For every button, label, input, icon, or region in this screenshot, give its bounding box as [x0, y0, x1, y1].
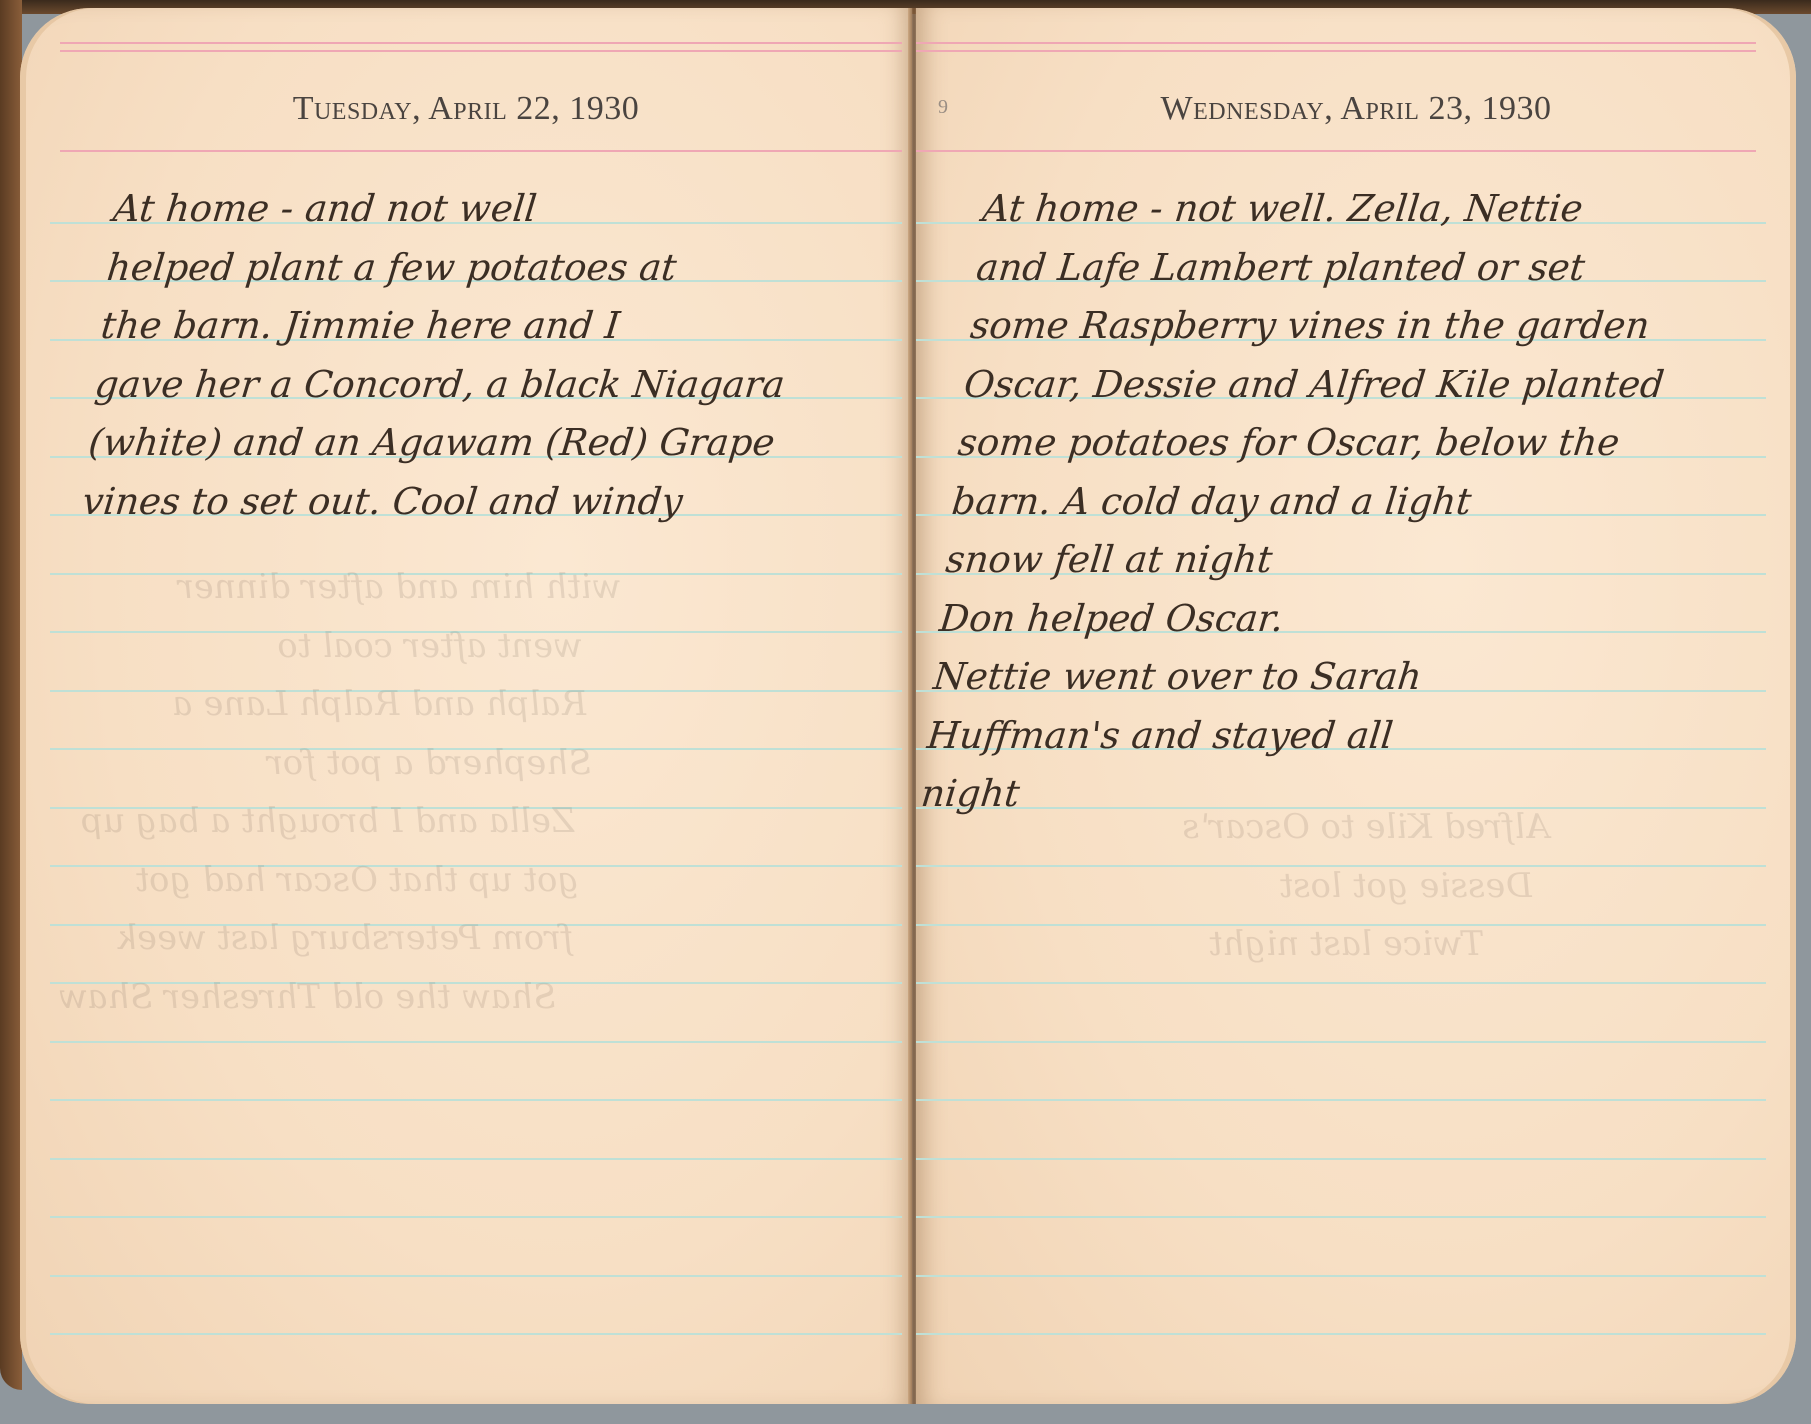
ruled-line — [50, 748, 902, 750]
diary-entry-right: At home - not well. Zella, Nettie and La… — [918, 180, 1796, 824]
ruled-line — [916, 865, 1766, 867]
handwritten-line: and Lafe Lambert planted or set — [974, 239, 1794, 298]
ruled-line — [916, 1216, 1766, 1218]
ruled-line — [50, 982, 902, 984]
ink-bleed-through: Alfred Kile to Oscar's Dessie got lost T… — [1167, 798, 1553, 974]
pink-header-rule — [916, 150, 1756, 152]
handwritten-line: Huffman's and stayed all — [924, 707, 1744, 766]
handwritten-line: At home - not well. Zella, Nettie — [980, 180, 1796, 239]
diary-page-left: Tuesday, April 22, 1930 with him and aft… — [20, 8, 912, 1404]
handwritten-line: helped plant a few potatoes at — [104, 239, 894, 298]
ruled-line — [50, 924, 902, 926]
ruled-line — [916, 982, 1766, 984]
ruled-line — [50, 1333, 902, 1335]
ruled-line — [50, 1158, 902, 1160]
ruled-line — [50, 865, 902, 867]
ruled-line — [916, 1158, 1766, 1160]
handwritten-line: Oscar, Dessie and Alfred Kile planted — [961, 356, 1781, 415]
ruled-line — [916, 1333, 1766, 1335]
ruled-line — [916, 1275, 1766, 1277]
ruled-line — [50, 1275, 902, 1277]
ruled-line — [50, 631, 902, 633]
ruled-line — [50, 690, 902, 692]
pink-header-rule — [60, 150, 902, 152]
date-header-right: Wednesday, April 23, 1930 — [916, 90, 1796, 128]
ink-bleed-through: with him and after dinner went after coa… — [55, 558, 624, 1026]
pink-double-rule-bottom — [916, 50, 1756, 52]
handwritten-line: gave her a Concord, a black Niagara — [92, 356, 882, 415]
handwritten-line: At home - and not well — [110, 180, 900, 239]
handwritten-line: (white) and an Agawam (Red) Grape — [86, 414, 876, 473]
pink-double-rule-bottom — [60, 50, 902, 52]
ruled-line — [916, 1099, 1766, 1101]
ruled-line — [916, 1041, 1766, 1043]
handwritten-line: vines to set out. Cool and windy — [80, 473, 870, 532]
ruled-line — [50, 573, 902, 575]
handwritten-line: the barn. Jimmie here and I — [98, 297, 888, 356]
diary-page-right: 9 Wednesday, April 23, 1930 Alfred Kile … — [916, 8, 1796, 1404]
handwritten-line: Don helped Oscar. — [937, 590, 1757, 649]
pink-double-rule-top — [60, 42, 902, 44]
pink-double-rule-top — [916, 42, 1756, 44]
handwritten-line: snow fell at night — [943, 531, 1763, 590]
handwritten-line: some potatoes for Oscar, below the — [955, 414, 1775, 473]
notebook-cover-left-edge — [0, 0, 22, 1390]
date-header-left: Tuesday, April 22, 1930 — [20, 90, 912, 128]
diary-entry-left: At home - and not well helped plant a fe… — [80, 180, 901, 531]
handwritten-line: night — [918, 765, 1738, 824]
ruled-line — [50, 1099, 902, 1101]
ruled-line — [50, 1041, 902, 1043]
ruled-line — [916, 924, 1766, 926]
handwritten-line: Nettie went over to Sarah — [930, 648, 1750, 707]
handwritten-line: barn. A cold day and a light — [949, 473, 1769, 532]
ruled-line — [50, 1216, 902, 1218]
handwritten-line: some Raspberry vines in the garden — [967, 297, 1787, 356]
ruled-line — [50, 807, 902, 809]
